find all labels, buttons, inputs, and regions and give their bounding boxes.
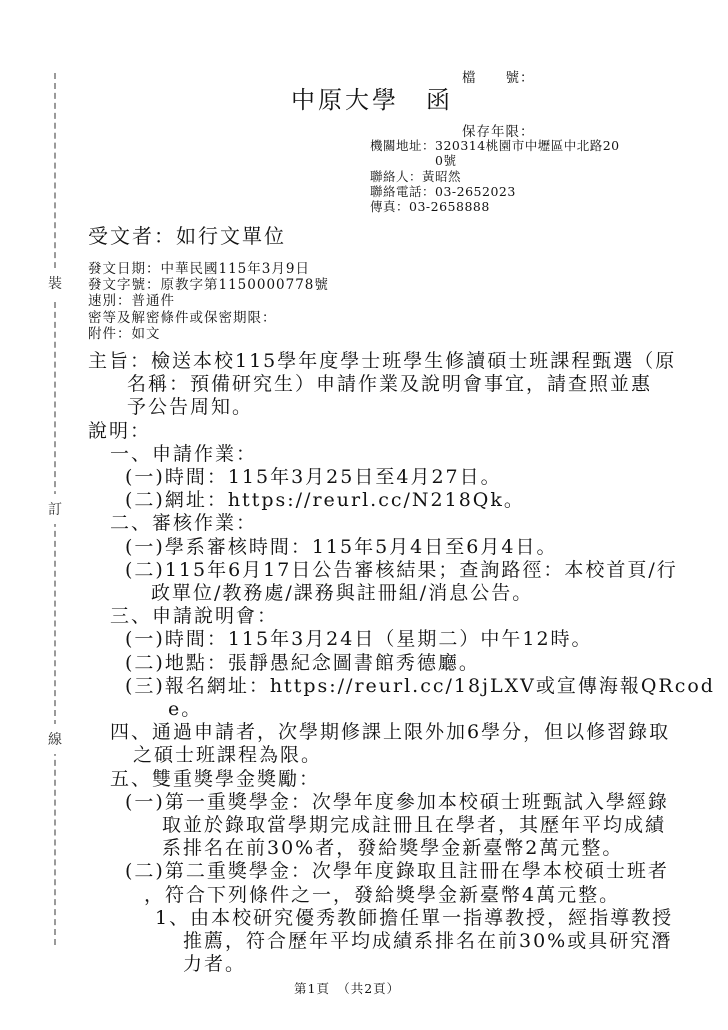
body-line: (二)網址：https://reurl.cc/N218Qk。 [88,489,708,512]
agency-contact-line: 0號 [370,153,620,168]
body-line: 取並於錄取當學期完成註冊且在學者，其歷年平均成績 [88,814,708,837]
agency-contact-line: 聯絡人：黃昭然 [370,169,620,184]
agency-contact-line: 機關地址：320314桃園市中壢區中北路20 [370,138,620,153]
body-line: (二)第二重獎學金：次學年度錄取且註冊在學本校碩士班者 [88,860,708,883]
page-footer: 第1頁 （共2頁） [294,979,400,997]
body-line: (二)地點：張靜愚紀念圖書館秀德廳。 [88,652,708,675]
document-body: 主旨：檢送本校115學年度學士班學生修讀碩士班課程甄選（原名稱：預備研究生）申請… [88,350,708,976]
body-line: 說明： [88,420,708,443]
agency-contact-block: 機關地址：320314桃園市中壢區中北路20 0號聯絡人：黃昭然聯絡電話：03-… [370,138,620,214]
body-line: 一、申請作業： [88,443,708,466]
body-line: (一)時間：115年3月25日至4月27日。 [88,466,708,489]
body-line: 二、審核作業： [88,512,708,535]
meta-line: 發文字號：原教字第1150000778號 [88,277,329,293]
body-line: (三)報名網址：https://reurl.cc/18jLXV或宣傳海報QRco… [88,675,708,698]
document-page: 裝 訂 線 檔 號： 保存年限： 中原大學 函 機關地址：320314桃園市中壢… [0,0,728,1030]
body-line: (一)時間：115年3月24日（星期二）中午12時。 [88,628,708,651]
body-line: (二)115年6月17日公告審核結果；查詢路徑：本校首頁/行 [88,559,708,582]
meta-line: 密等及解密條件或保密期限： [88,310,329,326]
body-line: 推薦，符合歷年平均成績系排名在前30%或具研究潛 [88,930,708,953]
body-line: ，符合下列條件之一，發給獎學金新臺幣4萬元整。 [88,884,708,907]
body-line: 系排名在前30%者，發給獎學金新臺幣2萬元整。 [88,837,708,860]
body-line: (一)第一重獎學金：次學年度參加本校碩士班甄試入學經錄 [88,791,708,814]
body-line: (一)學系審核時間：115年5月4日至6月4日。 [88,536,708,559]
meta-line: 速別：普通件 [88,293,329,309]
agency-contact-line: 聯絡電話：03-2652023 [370,184,620,199]
binding-mark-zhuang: 裝 [41,268,69,298]
binding-mark-xian: 線 [41,724,69,754]
body-line: 予公告周知。 [88,396,708,419]
document-title: 中原大學 函 [291,80,453,115]
body-line: 三、申請說明會： [88,605,708,628]
body-line: e。 [88,698,708,721]
file-no-label: 檔 號： [462,69,535,87]
recipient-line: 受文者：如行文單位 [88,220,286,249]
body-line: 力者。 [88,953,708,976]
meta-line: 附件：如文 [88,326,329,342]
meta-line: 發文日期：中華民國115年3月9日 [88,261,329,277]
document-meta-block: 發文日期：中華民國115年3月9日發文字號：原教字第1150000778號速別：… [88,261,329,342]
body-line: 名稱：預備研究生）申請作業及說明會事宜，請查照並惠 [88,373,708,396]
agency-contact-line: 傳真：03-2658888 [370,199,620,214]
body-line: 之碩士班課程為限。 [88,744,708,767]
body-line: 四、通過申請者，次學期修課上限外加6學分，但以修習錄取 [88,721,708,744]
body-line: 1、由本校研究優秀教師擔任單一指導教授，經指導教授 [88,907,708,930]
body-line: 五、雙重獎學金獎勵： [88,768,708,791]
body-line: 政單位/教務處/課務與註冊組/消息公告。 [88,582,708,605]
binding-mark-ding: 訂 [41,494,69,524]
body-line: 主旨：檢送本校115學年度學士班學生修讀碩士班課程甄選（原 [88,350,708,373]
